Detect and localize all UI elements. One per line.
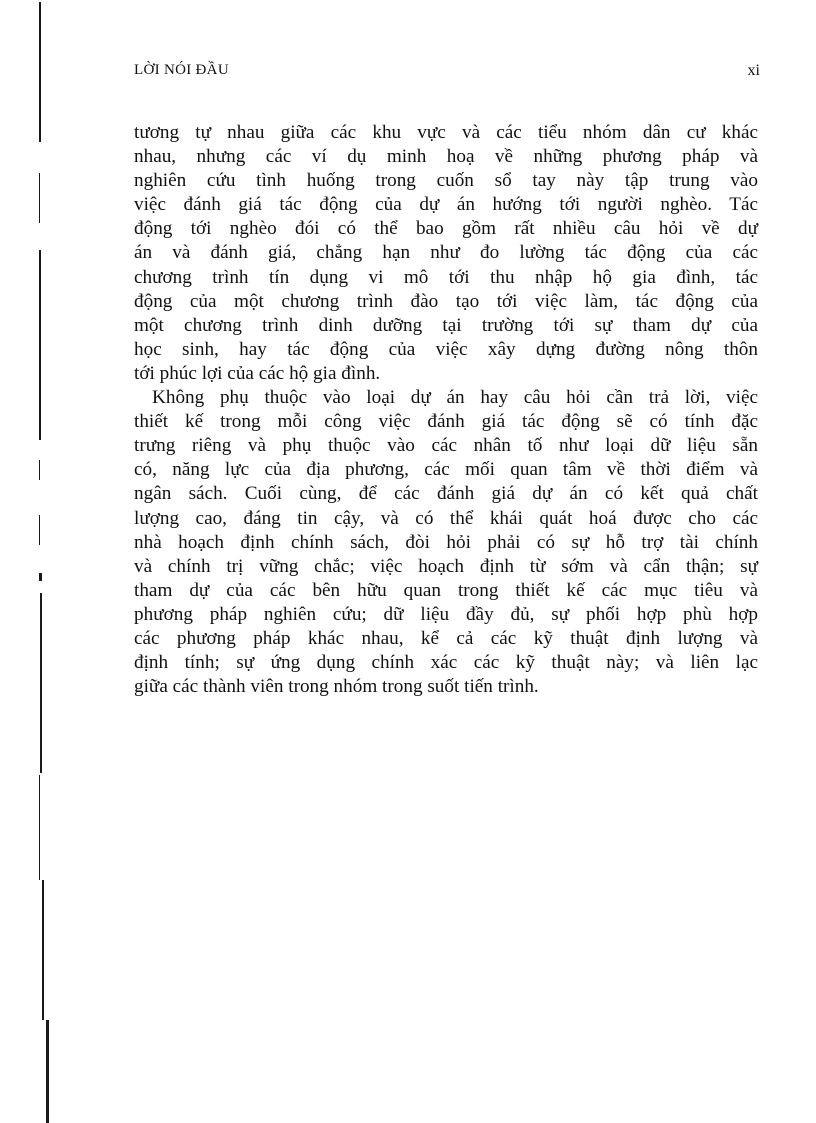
scan-edge-mark <box>39 573 42 581</box>
text-line: Không phụ thuộc vào loại dự án hay câu h… <box>134 386 758 410</box>
text-line: định tính; sự ứng dụng chính xác các kỹ … <box>134 651 758 675</box>
text-line: một chương trình dinh dưỡng tại trường t… <box>134 314 758 338</box>
text-line: tương tự nhau giữa các khu vực và các ti… <box>134 121 758 145</box>
text-line: động tới nghèo đói có thể bao gồm rất nh… <box>134 217 758 241</box>
text-line: có, năng lực của địa phương, các mối qua… <box>134 458 758 482</box>
page-number: xi <box>748 62 760 80</box>
text-line: học sinh, hay tác động của việc xây dựng… <box>134 338 758 362</box>
page-header: LỜI NÓI ĐẦU xi <box>134 62 760 86</box>
text-line: tham dự của các bên hữu quan trong thiết… <box>134 579 758 603</box>
text-line: án và đánh giá, chẳng hạn như đo lường t… <box>134 241 758 265</box>
scan-edge-line <box>39 515 40 545</box>
text-line: và chính trị vững chắc; việc hoạch định … <box>134 555 758 579</box>
scan-edge-line <box>40 593 42 773</box>
text-line: trưng riêng và phụ thuộc vào các nhân tố… <box>134 434 758 458</box>
text-line: động của một chương trình đào tạo tới vi… <box>134 290 758 314</box>
text-line: việc đánh giá tác động của dự án hướng t… <box>134 193 758 217</box>
text-line: nhà hoạch định chính sách, đòi hỏi phải … <box>134 531 758 555</box>
scan-edge-line <box>39 2 41 142</box>
paragraph-2: Không phụ thuộc vào loại dự án hay câu h… <box>134 386 758 699</box>
text-line: tới phúc lợi của các hộ gia đình. <box>134 362 758 386</box>
text-line: nghiên cứu tình huống trong cuốn sổ tay … <box>134 169 758 193</box>
scan-edge-line <box>39 460 40 480</box>
running-head: LỜI NÓI ĐẦU <box>134 62 229 79</box>
text-line: nhau, nhưng các ví dụ minh hoạ về những … <box>134 145 758 169</box>
scan-edge-line <box>46 1020 49 1123</box>
text-line: lượng cao, đáng tin cậy, và có thể khái … <box>134 507 758 531</box>
text-line: chương trình tín dụng vi mô tới thu nhập… <box>134 266 758 290</box>
text-line: ngân sách. Cuối cùng, để các đánh giá dự… <box>134 482 758 506</box>
scan-edge-line <box>39 173 40 223</box>
body-text: tương tự nhau giữa các khu vực và các ti… <box>134 121 758 699</box>
scan-edge-line <box>42 880 44 1020</box>
text-line: phương pháp nghiên cứu; dữ liệu đầy đủ, … <box>134 603 758 627</box>
text-line: thiết kế trong mỗi công việc đánh giá tá… <box>134 410 758 434</box>
text-line: giữa các thành viên trong nhóm trong suố… <box>134 675 758 699</box>
scan-edge-line <box>39 250 41 440</box>
paragraph-1: tương tự nhau giữa các khu vực và các ti… <box>134 121 758 386</box>
text-line: các phương pháp khác nhau, kể cả các kỹ … <box>134 627 758 651</box>
scan-edge-line <box>39 775 40 880</box>
